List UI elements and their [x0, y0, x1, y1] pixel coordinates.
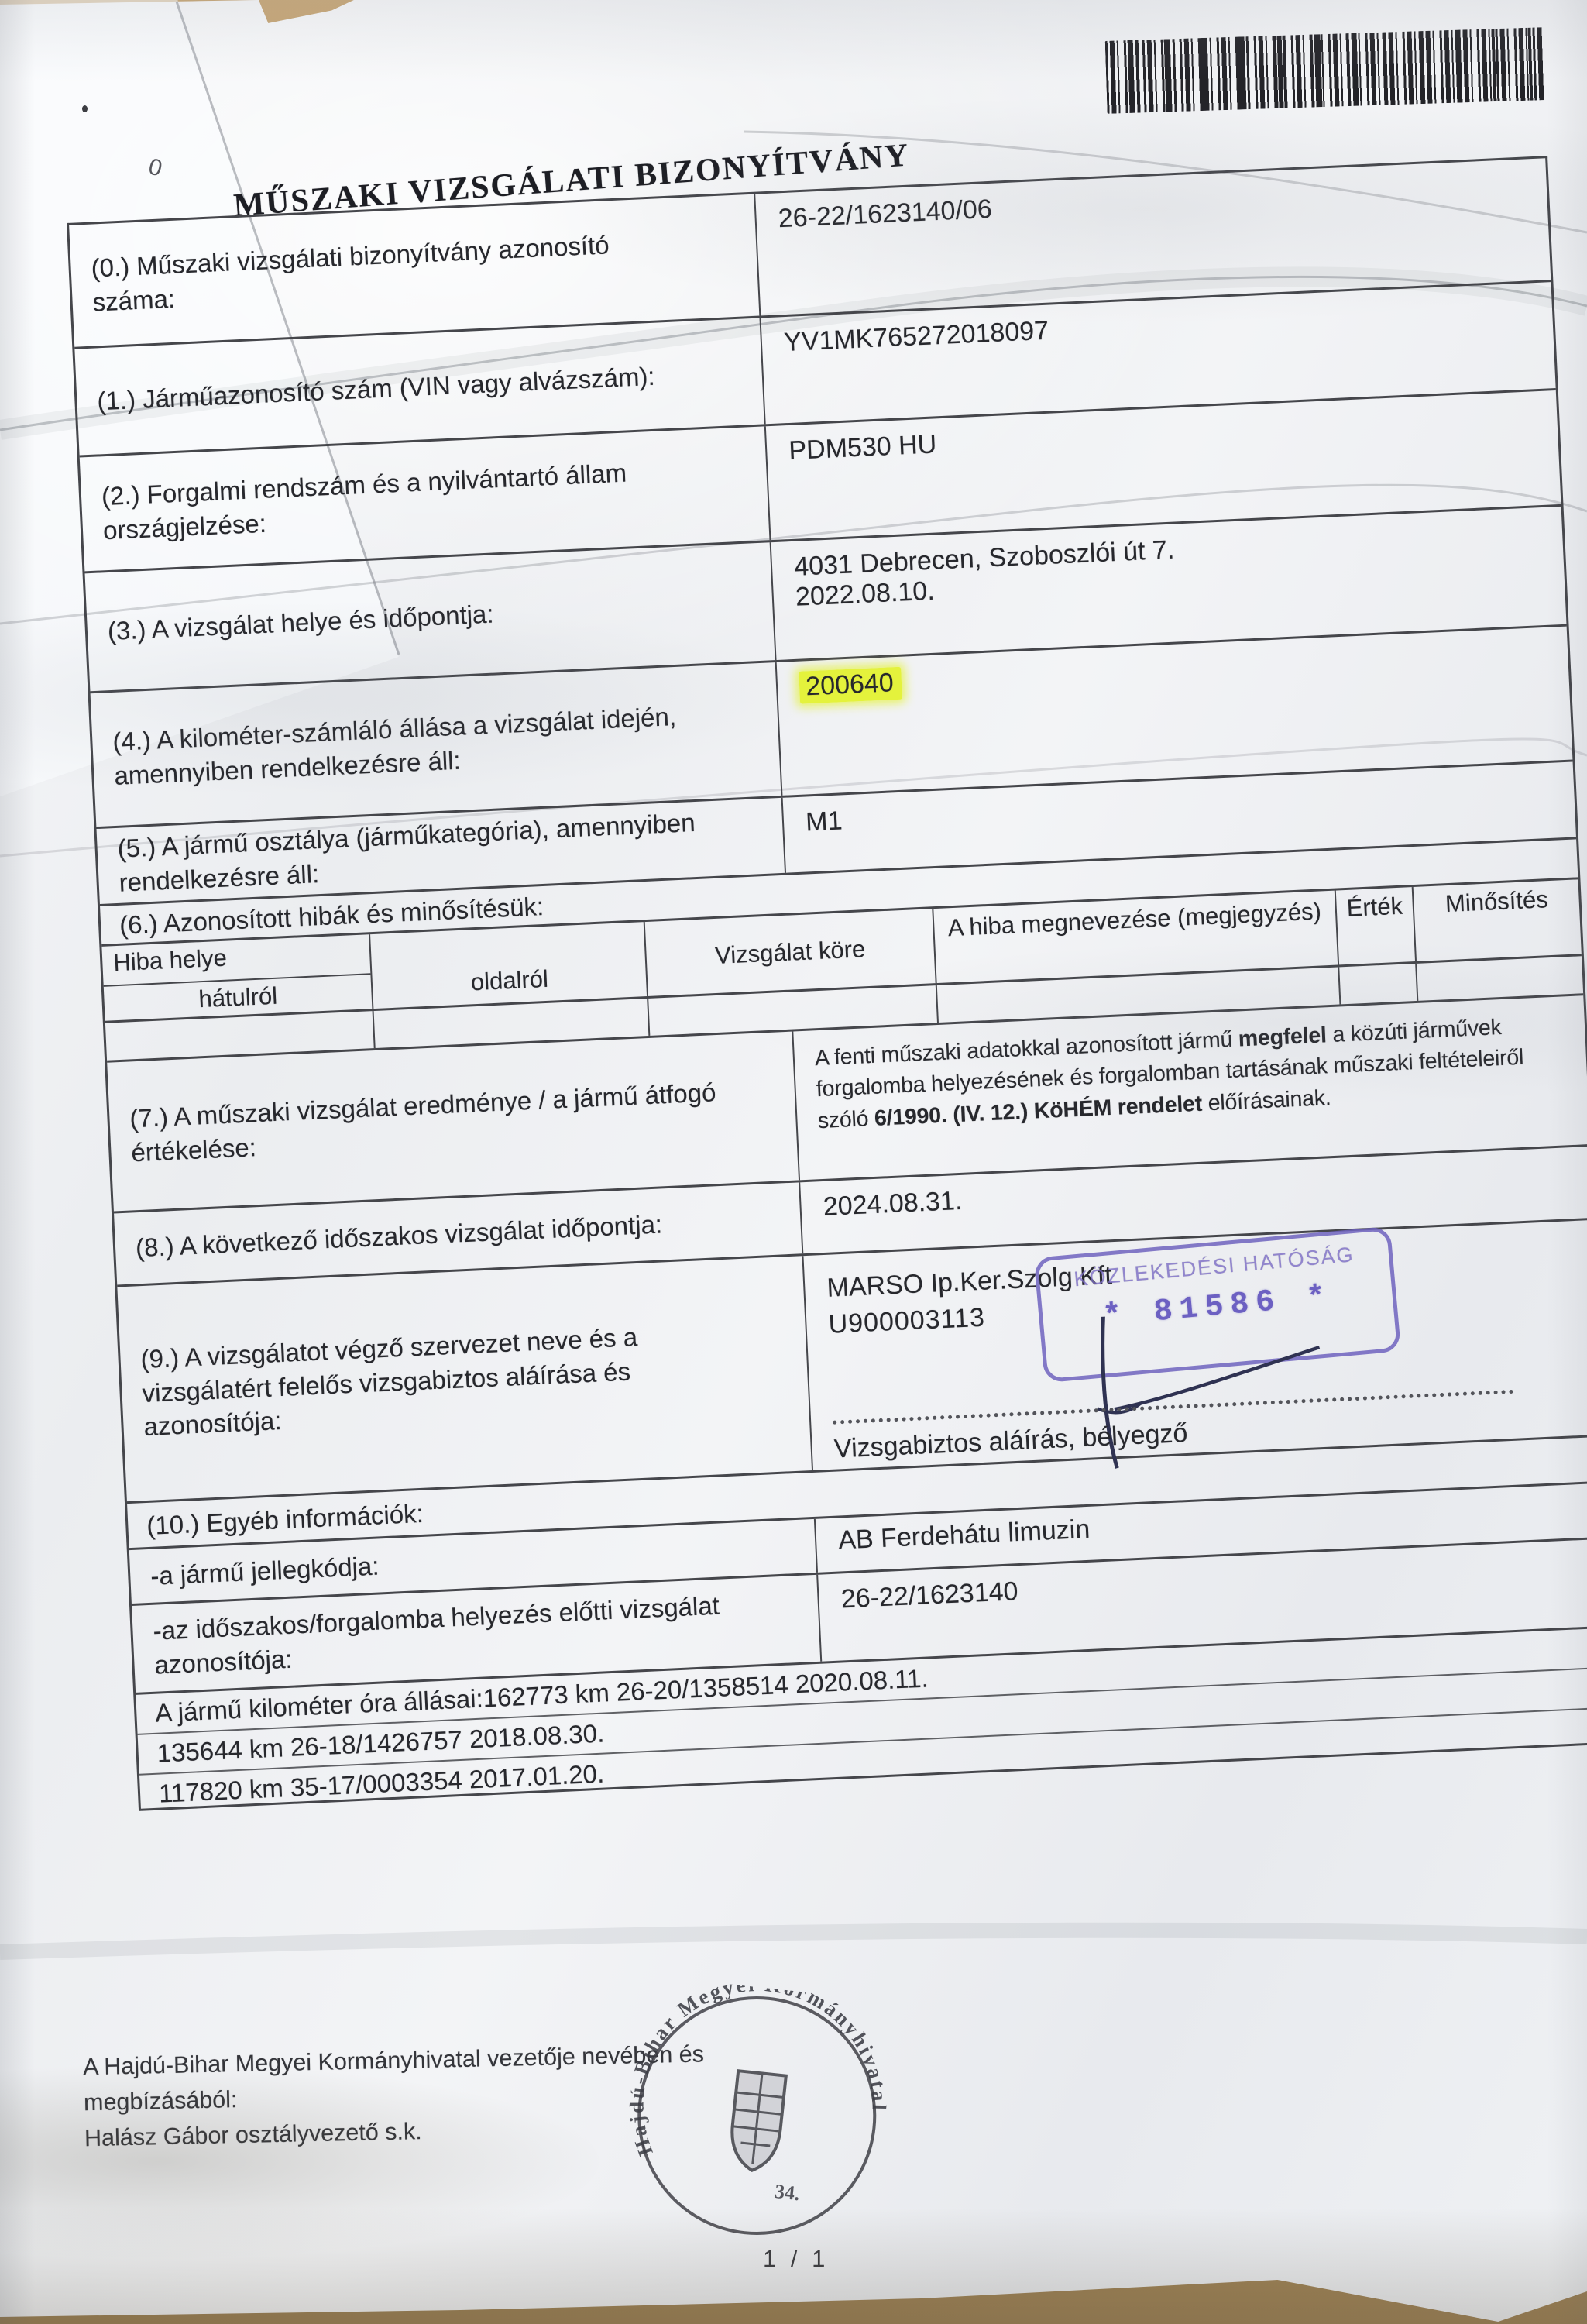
col-hiba-helye-group: Hiba helye hátulról [101, 934, 372, 1021]
inspection-form-table: (0.) Műszaki vizsgálati bizonyítvány azo… [67, 156, 1587, 1811]
stray-dot-mark [82, 105, 88, 112]
odometer-value-highlighted: 200640 [799, 667, 902, 704]
col-header-vizsgalat-kore: Vizsgálat köre [644, 909, 935, 996]
empty-cell [1338, 964, 1417, 1005]
inspector-cell: MARSO Ip.Ker.Szolg Kft U900003113 KÖZLEK… [804, 1220, 1587, 1470]
result-bold-1: megfelel [1238, 1023, 1327, 1051]
field-label: (9.) A vizsgálatot végző szervezet neve … [117, 1256, 813, 1501]
coat-of-arms-emblem [728, 2071, 786, 2173]
field-label: (7.) A műszaki vizsgálat eredménye / a j… [107, 1032, 800, 1212]
round-stamp-number: 34. [774, 2180, 801, 2205]
authority-stamp: KÖZLEKEDÉSI HATÓSÁG * 81586 * [1034, 1226, 1402, 1383]
col-header-minosites: Minősítés [1412, 879, 1582, 961]
government-office-round-stamp: Hajdú-Bihar Megyei Kormányhivatal 34. [616, 1975, 897, 2260]
page-number: 1 / 1 [763, 2245, 829, 2273]
result-text-3: előírásainak. [1201, 1085, 1331, 1116]
col-header-oldalrol: oldalról [369, 922, 647, 1009]
empty-cell [1416, 956, 1584, 1001]
barcode [1105, 27, 1546, 114]
photo-of-document: MŰSZAKI VIZSGÁLATI BIZONYÍTVÁNY 0 (0.) M… [0, 0, 1587, 2324]
col-header-ertek: Érték [1335, 887, 1416, 964]
